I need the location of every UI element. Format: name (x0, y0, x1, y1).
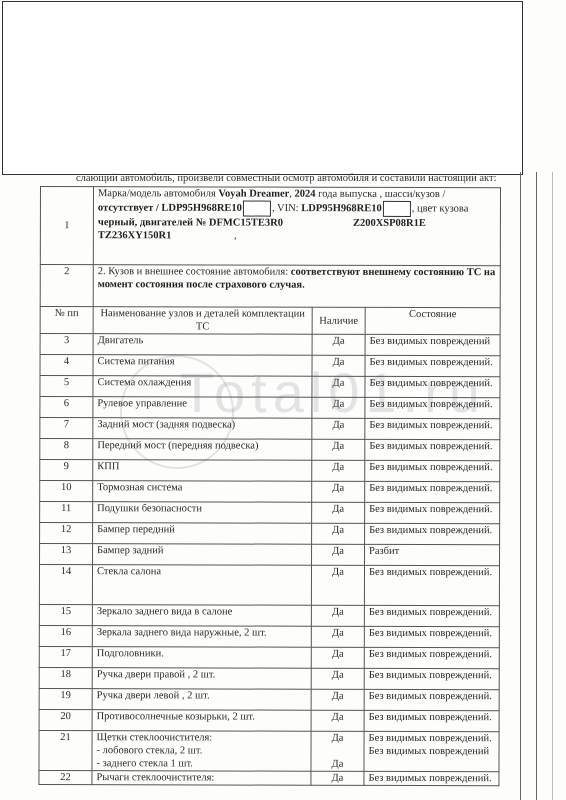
engine-numbers: черный, двигателей № DFMC15TE3R0 (98, 217, 283, 228)
row-presence: Да (312, 523, 365, 544)
row-name: Противосолнечные козырьки, 2 шт. (92, 710, 311, 732)
row-presence: Да (312, 481, 365, 502)
table-row: 20Противосолнечные козырьки, 2 шт.ДаБез … (39, 709, 499, 731)
row-presence: Да (311, 668, 364, 689)
vehicle-year: 2024 (295, 189, 316, 200)
row-presence: Да (311, 710, 364, 731)
row-presence: Да (312, 418, 365, 439)
row-state: Без видимых повреждений. (364, 668, 499, 689)
row-state: Без видимых повреждений. (364, 771, 499, 785)
row-presence: Да (312, 355, 365, 376)
row-presence: Да (312, 376, 365, 397)
row-number: 17 (39, 646, 92, 667)
row-presence: Да Да (311, 731, 364, 771)
page-edge-line (552, 172, 553, 800)
row-name: Зеркала заднего вида наружные, 2 шт. (92, 626, 311, 648)
row-presence: Да (312, 544, 365, 565)
row-presence: Да (312, 460, 365, 481)
row-presence: Да (311, 771, 364, 785)
table-row: 13Бампер заднийДаРазбит (40, 544, 500, 566)
row-state: Без видимых повреждений. (365, 523, 500, 544)
header-name: Наименование узлов и деталей комплектаци… (93, 307, 312, 335)
row-state: Без видимых повреждений. (365, 376, 500, 397)
table-row: 18Ручка двери правой , 2 шт.ДаБез видимы… (39, 667, 499, 689)
table-row-body-state: 2 2. Кузов и внешнее состояние автомобил… (40, 265, 500, 308)
header-state: Состояние (365, 307, 500, 334)
row-name: Щетки стеклоочистителя: - лобового стекл… (92, 731, 311, 772)
row-state: Без видимых повреждений. (364, 605, 499, 626)
row-number: 16 (39, 625, 92, 646)
page-border-line (536, 172, 537, 800)
row-number: 18 (39, 667, 92, 688)
table-row: 10Тормозная системаДаБез видимых поврежд… (40, 481, 500, 503)
row-name: Задний мост (задняя подвеска) (93, 418, 312, 440)
engine-number-2: Z200XSP08R1E (353, 218, 426, 229)
vehicle-info: Марка/модель автомобиля Voyah Dreamer, 2… (93, 187, 500, 266)
table-row: 8Передний мост (передняя подвеска)ДаБез … (40, 439, 500, 461)
table-row: 6Рулевое управлениеДаБез видимых поврежд… (40, 397, 500, 419)
page-border-line (520, 172, 521, 800)
row-state: Без видимых повреждений. (365, 502, 500, 523)
table-row: 14Стекла салонаДаБез видимых повреждений… (39, 565, 499, 606)
body-state: 2. Кузов и внешнее состояние автомобиля:… (93, 265, 500, 308)
row-number: 5 (40, 376, 93, 397)
row-state: Без видимых повреждений. (365, 418, 500, 439)
row-presence: Да (311, 605, 364, 626)
table-row: 3ДвигательДаБез видимых повреждений (40, 334, 500, 356)
row-presence: Да (312, 334, 365, 355)
row-state: Без видимых повреждений. (364, 689, 499, 710)
inspection-table: 1 Марка/модель автомобиля Voyah Dreamer,… (38, 186, 501, 786)
row-number: 1 (40, 187, 93, 265)
row-presence: Да (311, 565, 364, 605)
table-row: 12Бампер переднийДаБез видимых поврежден… (40, 523, 500, 545)
row-number: 9 (40, 460, 93, 481)
row-presence: Да (311, 689, 364, 710)
row-number: 20 (39, 709, 92, 730)
row-state: Без видимых повреждений. (365, 460, 500, 481)
redacted-header-area (2, 1, 523, 175)
table-row: 16Зеркала заднего вида наружные, 2 шт.Да… (39, 625, 499, 647)
row-presence: Да (312, 397, 365, 418)
table-row: 9КППДаБез видимых повреждений. (40, 460, 500, 482)
table-row-vehicle-info: 1 Марка/модель автомобиля Voyah Dreamer,… (40, 187, 500, 266)
row-number: 7 (40, 418, 93, 439)
row-name: Рычаги стеклоочистителя: (92, 771, 311, 786)
vehicle-model: Voyah Dreamer (218, 188, 289, 199)
row-state: Разбит (365, 544, 500, 565)
vin-number: LDP95H968RE10 (301, 203, 382, 214)
redacted-box (383, 201, 411, 217)
row-number: 3 (40, 334, 93, 355)
table-row: 17Подголовники.ДаБез видимых повреждений… (39, 646, 499, 668)
row-state: Без видимых повреждений. (364, 565, 499, 605)
engine-number-3: TZ236XY150R1 (98, 230, 172, 241)
row-name: КПП (93, 460, 312, 482)
row-number: 6 (40, 397, 93, 418)
row-number: 4 (40, 355, 93, 376)
table-row: 5Система охлажденияДаБез видимых поврежд… (40, 376, 500, 398)
row-name: Система питания (93, 355, 312, 377)
redacted-box (243, 201, 271, 217)
row-number: 13 (40, 544, 93, 565)
row-presence: Да (312, 502, 365, 523)
row-number: 10 (40, 481, 93, 502)
row-number: 12 (40, 523, 93, 544)
row-name: Тормозная система (93, 481, 312, 503)
row-name: Стекла салона (92, 565, 311, 606)
row-number: 2 (40, 265, 93, 307)
row-state: Без видимых повреждений. Без видимых пов… (364, 731, 499, 771)
row-state: Без видимых повреждений. (365, 355, 500, 376)
table-row: 22 Рычаги стеклоочистителя: Да Без видим… (39, 770, 499, 785)
row-name: Подушки безопасности (93, 502, 312, 524)
table-row: 15Зеркало заднего вида в салонеДаБез вид… (39, 604, 499, 626)
row-name: Зеркало заднего вида в салоне (92, 605, 311, 627)
row-number: 19 (39, 688, 92, 709)
chassis-number: отсутствует / LDP95H968RE10 (98, 203, 242, 214)
table-row: 19Ручка двери левой , 2 шт.ДаБез видимых… (39, 688, 499, 710)
row-name: Система охлаждения (93, 376, 312, 398)
row-number: 21 (39, 730, 92, 770)
row-state: Без видимых повреждений. (364, 626, 499, 647)
row-name: Бампер передний (93, 523, 312, 545)
row-number: 14 (39, 565, 92, 605)
row-state: Без видимых повреждений. (365, 439, 500, 460)
table-row: 21 Щетки стеклоочистителя: - лобового ст… (39, 730, 499, 771)
table-row: 11Подушки безопасностиДаБез видимых повр… (40, 502, 500, 524)
row-name: Бампер задний (93, 544, 312, 566)
row-name: Передний мост (передняя подвеска) (93, 439, 312, 461)
intro-text: слающий автомобиль, произвели совместный… (76, 173, 496, 184)
row-presence: Да (312, 439, 365, 460)
row-number: 22 (39, 770, 92, 784)
row-name: Рулевое управление (93, 397, 312, 419)
row-state: Без видимых повреждений. (364, 710, 499, 731)
row-number: 8 (40, 439, 93, 460)
row-name: Двигатель (93, 334, 312, 356)
header-num: № пп (40, 307, 93, 334)
row-state: Без видимых повреждений. (365, 481, 500, 502)
row-name: Ручка двери правой , 2 шт. (92, 668, 311, 690)
table-header: № пп Наименование узлов и деталей компле… (40, 307, 500, 335)
row-state: Без видимых повреждений. (365, 397, 500, 418)
row-state: Без видимых повреждений. (364, 647, 499, 668)
header-presence: Наличие (312, 307, 365, 334)
row-number: 15 (39, 604, 92, 625)
table-row: 7Задний мост (задняя подвеска)ДаБез види… (40, 418, 500, 440)
row-presence: Да (311, 626, 364, 647)
row-name: Подголовники. (92, 647, 311, 669)
table-row: 4Система питанияДаБез видимых повреждени… (40, 355, 500, 377)
row-presence: Да (311, 647, 364, 668)
row-state: Без видимых повреждений (365, 334, 500, 355)
row-number: 11 (40, 502, 93, 523)
row-name: Ручка двери левой , 2 шт. (92, 689, 311, 711)
